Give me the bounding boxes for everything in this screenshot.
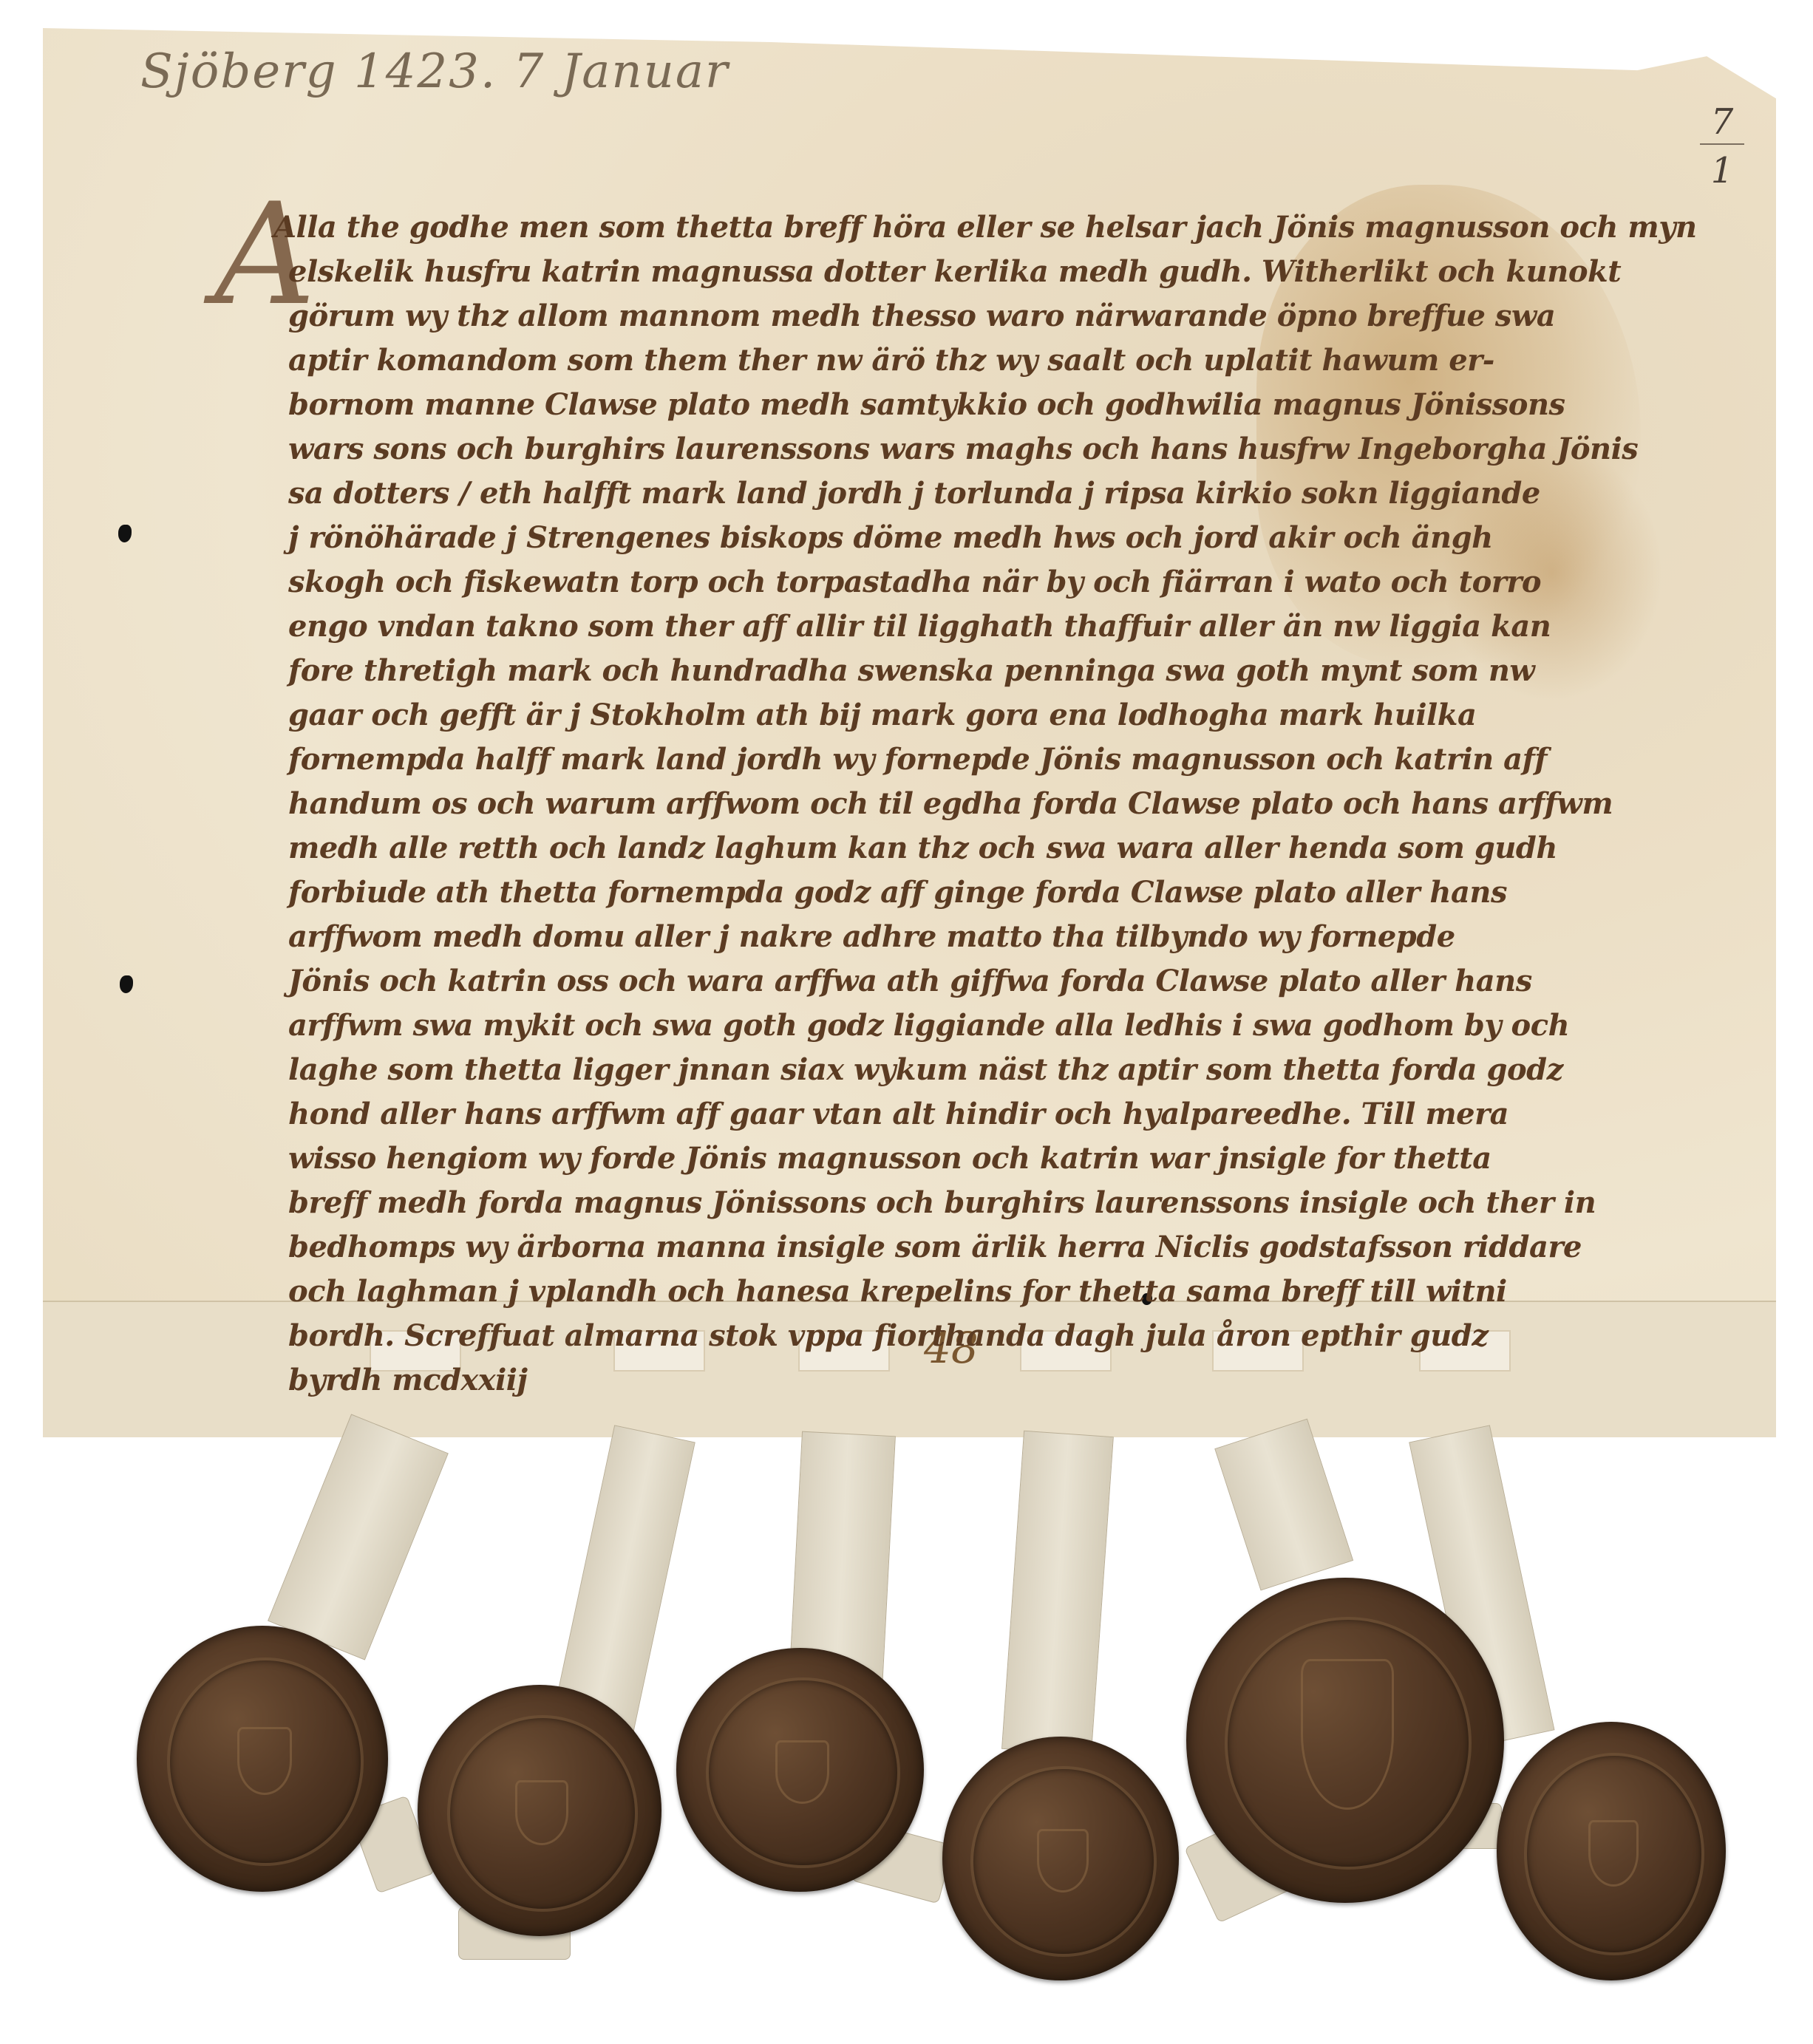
text-line: laghe som thetta ligger jnnan siax wykum…: [244, 1048, 1574, 1092]
text-line: Alla the godhe men som thetta breff höra…: [244, 205, 1574, 250]
coat-of-arms-shield-icon: [237, 1727, 292, 1795]
text-line: fornempda halff mark land jordh wy forne…: [244, 737, 1574, 782]
archive-note: Sjöberg 1423. 7 Januar: [140, 44, 729, 99]
text-line: handum os och warum arffwom och til egdh…: [244, 782, 1574, 826]
text-line: hond aller hans arffwm aff gaar vtan alt…: [244, 1092, 1574, 1137]
text-line: bordh. Screffuat almarna stok vppa fiort…: [244, 1314, 1574, 1358]
text-line: byrdh mcdxxiij: [244, 1358, 1574, 1403]
text-line: forbiude ath thetta fornempda godz aff g…: [244, 871, 1574, 915]
wax-seal-5-large: [1186, 1578, 1504, 1903]
folio-mark: 7 1: [1700, 96, 1744, 197]
text-line: bedhomps wy ärborna manna insigle som är…: [244, 1225, 1574, 1270]
text-line: engo vndan takno som ther aff allir til …: [244, 604, 1574, 649]
text-line: görum wy thz allom mannom medh thesso wa…: [244, 294, 1574, 338]
text-line: wars sons och burghirs laurenssons wars …: [244, 427, 1574, 471]
text-line: skogh och fiskewatn torp och torpastadha…: [244, 560, 1574, 604]
coat-of-arms-shield-icon: [515, 1780, 568, 1845]
text-line: fore thretigh mark och hundradha swenska…: [244, 649, 1574, 693]
text-line: arffwm swa mykit och swa goth godz liggi…: [244, 1004, 1574, 1048]
text-line: j rönöhärade j Strengenes biskops döme m…: [244, 516, 1574, 560]
wax-seal-1: [137, 1626, 388, 1892]
text-line: medh alle retth och landz laghum kan thz…: [244, 826, 1574, 871]
wax-seal-4: [942, 1737, 1179, 1980]
text-line: wisso hengiom wy forde Jönis magnusson o…: [244, 1137, 1574, 1181]
text-line: Jönis och katrin oss och wara arffwa ath…: [244, 959, 1574, 1004]
coat-of-arms-shield-icon: [1588, 1820, 1639, 1887]
seal-tag-5: [1214, 1419, 1353, 1591]
coat-of-arms-shield-icon: [1037, 1829, 1089, 1892]
text-line: breff medh forda magnus Jönissons och bu…: [244, 1181, 1574, 1225]
wax-seal-6: [1497, 1722, 1726, 1980]
charter-text: Alla the godhe men som thetta breff höra…: [244, 205, 1574, 1403]
wax-seal-3: [676, 1648, 924, 1892]
wax-seal-2: [418, 1685, 661, 1936]
folio-bottom: 1: [1700, 145, 1744, 197]
seal-tag-1: [268, 1414, 449, 1660]
text-line: och laghman j vplandh och hanesa krepeli…: [244, 1270, 1574, 1314]
coat-of-arms-shield-icon: [1301, 1659, 1394, 1810]
seal-tag-2: [553, 1425, 695, 1733]
text-line: arffwom medh domu aller j nakre adhre ma…: [244, 915, 1574, 959]
seal-tag-4: [1001, 1431, 1114, 1755]
text-line: aptir komandom som them ther nw ärö thz …: [244, 338, 1574, 383]
text-line: gaar och gefft är j Stokholm ath bij mar…: [244, 693, 1574, 737]
folio-top: 7: [1700, 96, 1744, 148]
coat-of-arms-shield-icon: [775, 1740, 829, 1803]
text-line: sa dotters / eth halfft mark land jordh …: [244, 471, 1574, 516]
text-line: elskelik husfru katrin magnussa dotter k…: [244, 250, 1574, 294]
text-line: bornom manne Clawse plato medh samtykkio…: [244, 383, 1574, 427]
